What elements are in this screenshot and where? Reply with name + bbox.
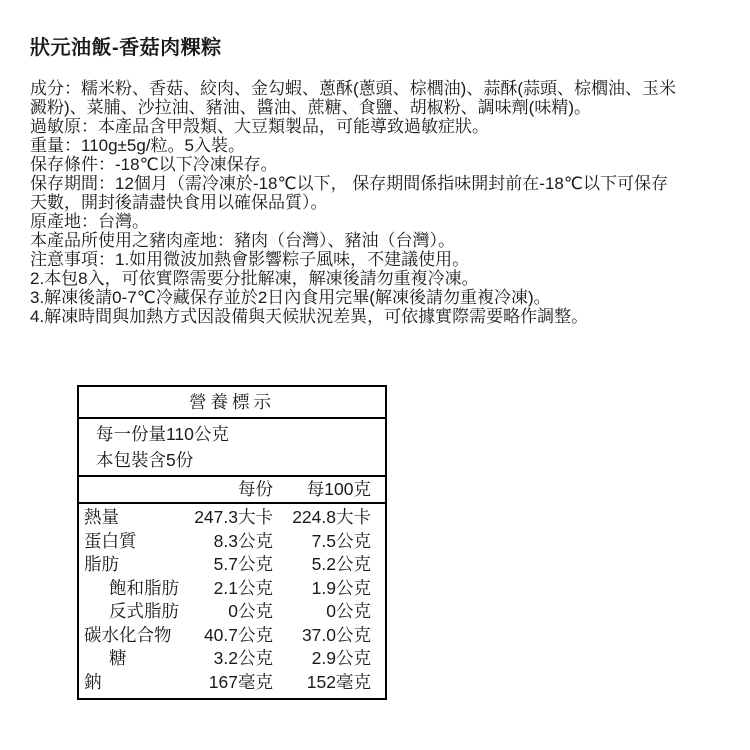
row-per-100g-value: 0公克 <box>273 600 371 624</box>
row-per-serving-value: 0公克 <box>194 600 273 624</box>
table-row-carbohydrate: 碳水化合物 40.7公克 37.0公克 <box>79 624 385 648</box>
product-label-document: 狀元油飯-香菇肉粿粽 成分：糯米粉、香菇、絞肉、金勾蝦、蔥酥(蔥頭、棕櫚油)、蒜… <box>0 0 750 750</box>
column-header-per-serving: 每份 <box>194 477 273 502</box>
row-per-100g-value: 37.0公克 <box>273 624 371 648</box>
row-per-serving-value: 5.7公克 <box>194 553 273 577</box>
row-per-100g-value: 2.9公克 <box>273 647 371 671</box>
product-info-line-shelf-life-cont: 天數，開封後請盡快食用以確保品質）。 <box>30 193 730 212</box>
row-per-100g-value: 1.9公克 <box>273 577 371 601</box>
table-row-saturated-fat: 飽和脂肪 2.1公克 1.9公克 <box>79 577 385 601</box>
nutrition-table-body: 熱量 247.3大卡 224.8大卡 蛋白質 8.3公克 7.5公克 脂肪 5.… <box>79 504 385 698</box>
row-label: 脂肪 <box>84 553 194 577</box>
row-label: 鈉 <box>84 671 194 695</box>
row-label: 反式脂肪 <box>84 600 194 624</box>
row-label: 糖 <box>84 647 194 671</box>
row-label: 蛋白質 <box>84 530 194 554</box>
product-info-line-notice-4: 4.解凍時間與加熱方式因設備與天候狀況差異，可依據實際需要略作調整。 <box>30 307 730 326</box>
product-info-line-weight: 重量：110g±5g/粒。5入裝。 <box>30 136 730 155</box>
row-label: 碳水化合物 <box>84 624 194 648</box>
serving-size-text: 每一份量110公克 <box>96 421 385 447</box>
page-title: 狀元油飯-香菇肉粿粽 <box>30 36 222 60</box>
product-info-block: 成分：糯米粉、香菇、絞肉、金勾蝦、蔥酥(蔥頭、棕櫚油)、蒜酥(蒜頭、棕櫚油、玉米… <box>30 79 730 326</box>
product-info-line-notice-3: 3.解凍後請0-7℃冷藏保存並於2日內食用完畢(解凍後請勿重複冷凍)。 <box>30 288 730 307</box>
product-info-line-ingredients-cont: 澱粉)、菜脯、沙拉油、豬油、醬油、蔗糖、食鹽、胡椒粉、調味劑(味精)。 <box>30 98 730 117</box>
table-row-protein: 蛋白質 8.3公克 7.5公克 <box>79 530 385 554</box>
table-row-calories: 熱量 247.3大卡 224.8大卡 <box>79 506 385 530</box>
table-row-trans-fat: 反式脂肪 0公克 0公克 <box>79 600 385 624</box>
nutrition-facts-table: 營養標示 每一份量110公克 本包裝含5份 每份 每100克 熱量 247.3大… <box>77 385 387 700</box>
row-per-serving-value: 2.1公克 <box>194 577 273 601</box>
row-per-serving-value: 247.3大卡 <box>194 506 273 530</box>
row-label: 飽和脂肪 <box>84 577 194 601</box>
table-row-sodium: 鈉 167毫克 152毫克 <box>79 671 385 695</box>
table-row-fat: 脂肪 5.7公克 5.2公克 <box>79 553 385 577</box>
product-info-line-storage-condition: 保存條件：-18℃以下冷凍保存。 <box>30 155 730 174</box>
row-per-serving-value: 3.2公克 <box>194 647 273 671</box>
column-header-spacer <box>84 477 194 502</box>
table-row-sugar: 糖 3.2公克 2.9公克 <box>79 647 385 671</box>
product-info-line-notice-1: 注意事項：1.如用微波加熱會影響粽子風味，不建議使用。 <box>30 250 730 269</box>
product-info-line-origin: 原產地：台灣。 <box>30 212 730 231</box>
nutrition-serving-section: 每一份量110公克 本包裝含5份 <box>79 419 385 477</box>
row-per-serving-value: 8.3公克 <box>194 530 273 554</box>
row-per-serving-value: 40.7公克 <box>194 624 273 648</box>
column-header-per-100g: 每100克 <box>273 477 371 502</box>
row-per-serving-value: 167毫克 <box>194 671 273 695</box>
nutrition-table-title: 營養標示 <box>79 387 385 419</box>
product-info-line-allergens: 過敏原：本產品含甲殼類、大豆類製品，可能導致過敏症狀。 <box>30 117 730 136</box>
product-info-line-notice-2: 2.本包8入，可依實際需要分批解凍，解凍後請勿重複冷凍。 <box>30 269 730 288</box>
servings-per-pack-text: 本包裝含5份 <box>96 447 385 473</box>
nutrition-column-header-row: 每份 每100克 <box>79 477 385 504</box>
product-info-line-ingredients: 成分：糯米粉、香菇、絞肉、金勾蝦、蔥酥(蔥頭、棕櫚油)、蒜酥(蒜頭、棕櫚油、玉米 <box>30 79 730 98</box>
row-per-100g-value: 5.2公克 <box>273 553 371 577</box>
product-info-line-shelf-life: 保存期間：12個月（需冷凍於-18℃以下， 保存期間係指味開封前在-18℃以下可… <box>30 174 730 193</box>
row-per-100g-value: 7.5公克 <box>273 530 371 554</box>
row-label: 熱量 <box>84 506 194 530</box>
row-per-100g-value: 224.8大卡 <box>273 506 371 530</box>
row-per-100g-value: 152毫克 <box>273 671 371 695</box>
product-info-line-pork-origin: 本產品所使用之豬肉產地：豬肉（台灣）、豬油（台灣）。 <box>30 231 730 250</box>
